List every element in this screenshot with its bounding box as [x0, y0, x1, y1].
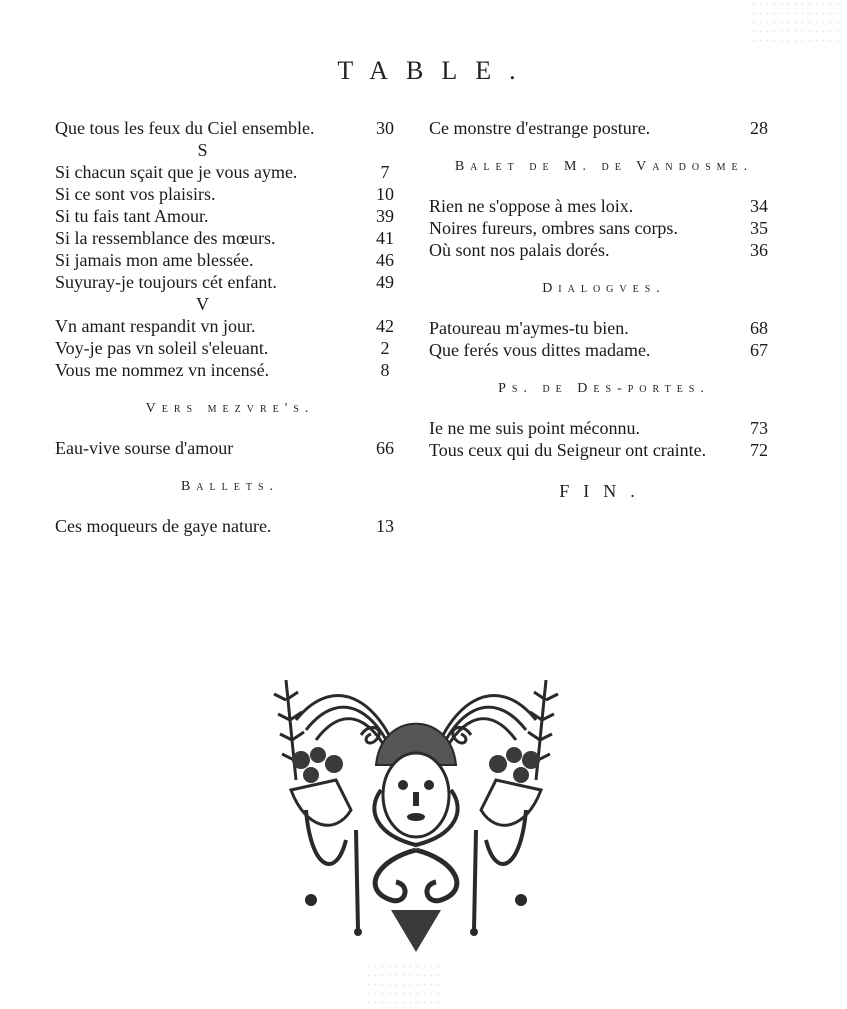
entry-page: 10	[365, 183, 405, 205]
index-entry: Si ce sont vos plaisirs. 10	[55, 183, 405, 205]
letter-heading-v: V	[55, 293, 405, 315]
entry-page: 68	[739, 317, 779, 339]
entry-text: Ces moqueurs de gaye nature.	[55, 515, 271, 537]
index-entry: Vous me nommez vn incensé. 8	[55, 359, 405, 381]
entry-page: 49	[365, 271, 405, 293]
index-entry: Que ferés vous dittes madame. 67	[429, 339, 779, 361]
section-heading-desportes: Ps. de Des-portes.	[429, 381, 779, 397]
letter-heading-s: S	[55, 139, 405, 161]
entry-text: Si chacun sçait que je vous ayme.	[55, 161, 297, 183]
entry-text: Ie ne me suis point méconnu.	[429, 417, 640, 439]
index-column-left: Que tous les feux du Ciel ensemble. 30 S…	[55, 117, 405, 537]
entry-text: Si jamais mon ame blessée.	[55, 249, 253, 271]
entry-page: 30	[365, 117, 405, 139]
entry-page: 36	[739, 239, 779, 261]
scan-noise-bottom	[365, 962, 445, 1007]
entry-text: Si ce sont vos plaisirs.	[55, 183, 216, 205]
page-title: TABLE.	[0, 56, 847, 86]
index-entry: Rien ne s'oppose à mes loix. 34	[429, 195, 779, 217]
entry-page: 42	[365, 315, 405, 337]
entry-page: 72	[739, 439, 779, 461]
section-heading-dialogues: Dialogves.	[429, 281, 779, 297]
index-entry: Où sont nos palais dorés. 36	[429, 239, 779, 261]
entry-text: Tous ceux qui du Seigneur ont crainte.	[429, 439, 706, 461]
section-heading-vers-mesures: Vers mezvre's.	[55, 401, 405, 417]
entry-page: 7	[365, 161, 405, 183]
entry-text: Si tu fais tant Amour.	[55, 205, 209, 227]
entry-page: 39	[365, 205, 405, 227]
entry-text: Où sont nos palais dorés.	[429, 239, 609, 261]
entry-text: Vous me nommez vn incensé.	[55, 359, 269, 381]
entry-text: Rien ne s'oppose à mes loix.	[429, 195, 633, 217]
entry-text: Patoureau m'aymes-tu bien.	[429, 317, 629, 339]
entry-page: 41	[365, 227, 405, 249]
index-entry: Tous ceux qui du Seigneur ont crainte. 7…	[429, 439, 779, 461]
section-heading-ballets: Ballets.	[55, 479, 405, 495]
entry-page: 67	[739, 339, 779, 361]
index-entry: Eau-vive sourse d'amour 66	[55, 437, 405, 459]
entry-page: 13	[365, 515, 405, 537]
entry-page: 28	[739, 117, 779, 139]
woodcut-ornament-icon	[266, 660, 566, 955]
index-column-right: Ce monstre d'estrange posture. 28 Balet …	[429, 117, 779, 502]
index-entry: Suyuray-je toujours cét enfant. 49	[55, 271, 405, 293]
entry-text: Que tous les feux du Ciel ensemble.	[55, 117, 314, 139]
entry-page: 73	[739, 417, 779, 439]
entry-text: Suyuray-je toujours cét enfant.	[55, 271, 277, 293]
index-entry: Ce monstre d'estrange posture. 28	[429, 117, 779, 139]
section-heading-balet-vandosme: Balet de M. de Vandosme.	[429, 159, 779, 175]
index-entry: Si la ressemblance des mœurs. 41	[55, 227, 405, 249]
index-entry: Que tous les feux du Ciel ensemble. 30	[55, 117, 405, 139]
index-entry: Vn amant respandit vn jour. 42	[55, 315, 405, 337]
index-entry: Patoureau m'aymes-tu bien. 68	[429, 317, 779, 339]
entry-text: Vn amant respandit vn jour.	[55, 315, 255, 337]
entry-text: Eau-vive sourse d'amour	[55, 437, 233, 459]
entry-text: Que ferés vous dittes madame.	[429, 339, 650, 361]
entry-page: 66	[365, 437, 405, 459]
fin-marker: FIN.	[429, 481, 779, 502]
index-entry: Ie ne me suis point méconnu. 73	[429, 417, 779, 439]
entry-page: 46	[365, 249, 405, 271]
index-entry: Si jamais mon ame blessée. 46	[55, 249, 405, 271]
index-entry: Ces moqueurs de gaye nature. 13	[55, 515, 405, 537]
index-entry: Noires fureurs, ombres sans corps. 35	[429, 217, 779, 239]
entry-text: Voy-je pas vn soleil s'eleuant.	[55, 337, 268, 359]
entry-page: 2	[365, 337, 405, 359]
entry-page: 35	[739, 217, 779, 239]
entry-text: Noires fureurs, ombres sans corps.	[429, 217, 678, 239]
index-entry: Si chacun sçait que je vous ayme. 7	[55, 161, 405, 183]
index-entry: Si tu fais tant Amour. 39	[55, 205, 405, 227]
entry-page: 8	[365, 359, 405, 381]
entry-text: Si la ressemblance des mœurs.	[55, 227, 275, 249]
entry-page: 34	[739, 195, 779, 217]
index-entry: Voy-je pas vn soleil s'eleuant. 2	[55, 337, 405, 359]
scan-noise-top-right	[750, 0, 840, 45]
entry-text: Ce monstre d'estrange posture.	[429, 117, 650, 139]
